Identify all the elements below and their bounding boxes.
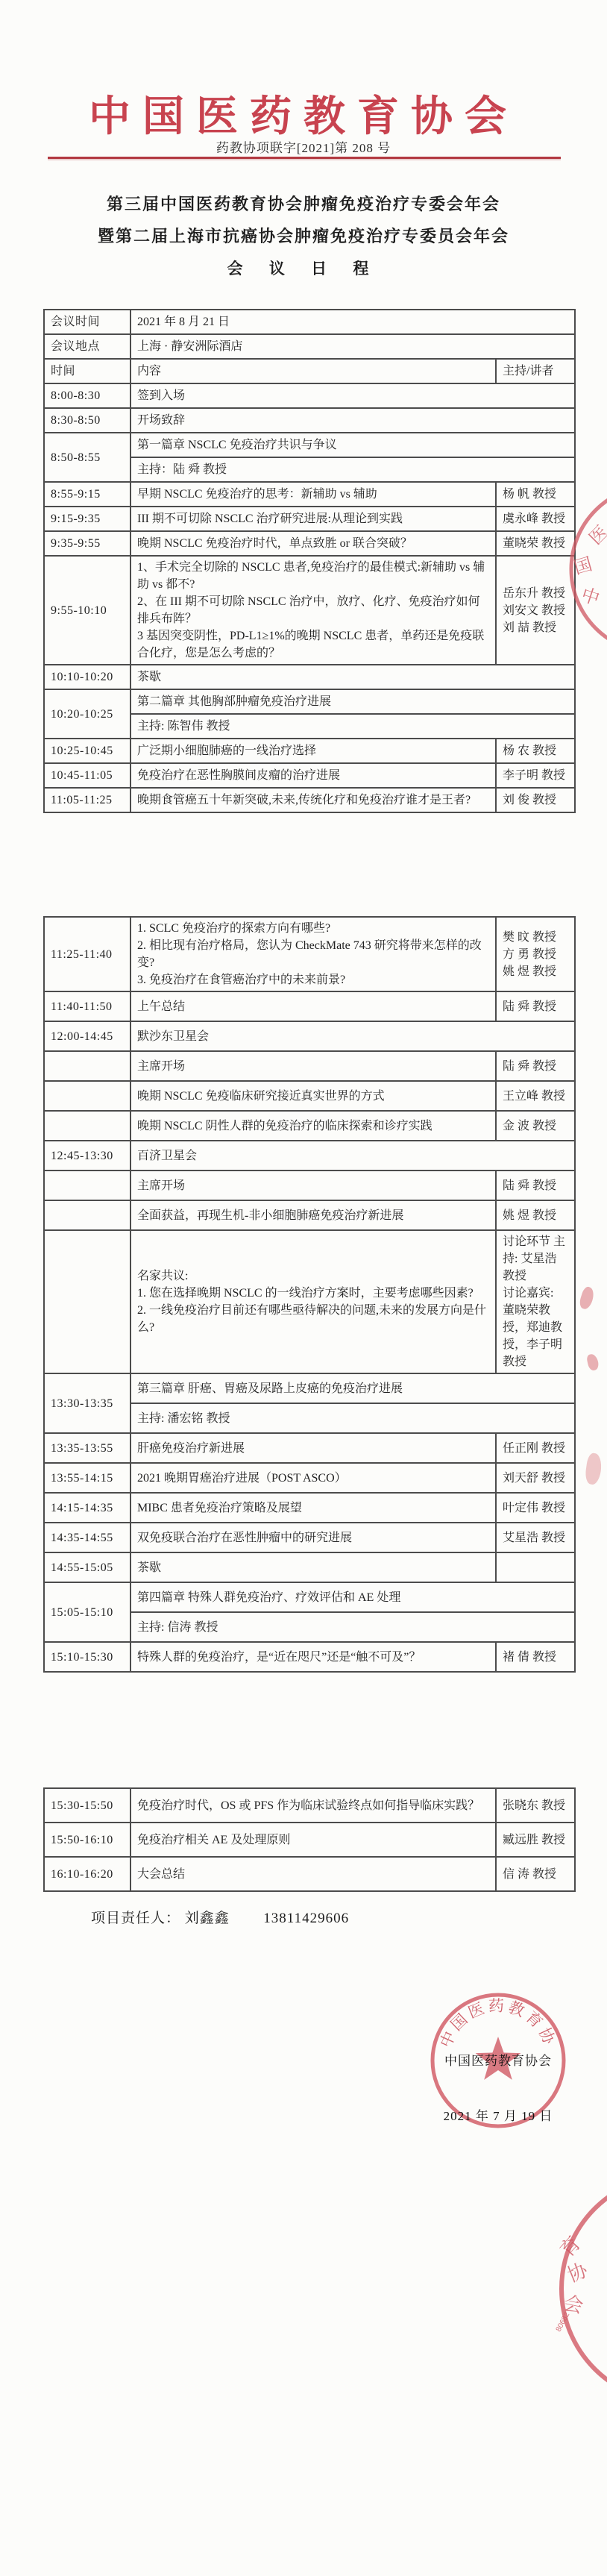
content-cell: 1、手术完全切除的 NSCLC 患者,免疫治疗的最佳模式:新辅助 vs 辅助 v… <box>130 556 496 665</box>
agenda-row: 会议时间2021 年 8 月 21 日 <box>44 310 575 334</box>
speaker-cell: 金 波 教授 <box>496 1111 575 1141</box>
agenda-row: 14:15-14:35MIBC 患者免疫治疗策略及展望叶定伟 教授 <box>44 1493 575 1523</box>
content-cell: 百济卫星会 <box>130 1141 575 1171</box>
speaker-cell: 信 涛 教授 <box>496 1857 575 1891</box>
red-divider-line <box>48 157 561 159</box>
chapter-row: 10:20-10:25第二篇章 其他胸部肿瘤免疫治疗进展 <box>44 689 575 714</box>
chapter-row: 15:05-15:10第四篇章 特殊人群免疫治疗、疗效评估和 AE 处理 <box>44 1582 575 1612</box>
agenda-row: 全面获益，再现生机-非小细胞肺癌免疫治疗新进展姚 煜 教授 <box>44 1200 575 1230</box>
content-cell: 签到入场 <box>130 383 575 408</box>
agenda-heading: 会 议 日 程 <box>0 257 607 279</box>
content-cell: 广泛期小细胞肺癌的一线治疗选择 <box>130 739 496 763</box>
time-cell: 16:10-16:20 <box>44 1857 130 1891</box>
time-cell: 会议时间 <box>44 310 130 334</box>
speaker-cell: 陆 舜 教授 <box>496 991 575 1021</box>
time-cell <box>44 1081 130 1111</box>
agenda-row: 晚期 NSCLC 阴性人群的免疫治疗的临床探索和诊疗实践金 波 教授 <box>44 1111 575 1141</box>
time-cell <box>44 1111 130 1141</box>
agenda-row: 主席开场陆 舜 教授 <box>44 1051 575 1081</box>
speaker-cell: 讨论环节 主持: 艾星浩 教授 讨论嘉宾: 董晓荣教授，郑迪教授，李子明教授 <box>496 1230 575 1373</box>
agenda-row: 8:00-8:30签到入场 <box>44 383 575 408</box>
content-cell: 2021 晚期胃癌治疗进展（POST ASCO） <box>130 1463 496 1493</box>
agenda-row: 会议地点上海 · 静安洲际酒店 <box>44 334 575 359</box>
speaker-cell <box>496 1552 575 1582</box>
chair-cell: 主持: 潘宏铭 教授 <box>130 1403 575 1433</box>
agenda-row: 主席开场陆 舜 教授 <box>44 1171 575 1200</box>
svg-text:中: 中 <box>579 585 602 609</box>
chair-cell: 主持: 信涛 教授 <box>130 1612 575 1642</box>
content-cell: 晚期 NSCLC 免疫治疗时代，单点致胜 or 联合突破？ <box>130 531 496 556</box>
agenda-row: 8:30-8:50开场致辞 <box>44 408 575 433</box>
seal-overlay-org-text: 中国医药教育协会 <box>418 2050 579 2069</box>
content-cell: 特殊人群的免疫治疗，是“近在咫尺”还是“触不可及”？ <box>130 1642 496 1672</box>
speaker-cell: 岳东升 教授 刘安文 教授 刘 喆 教授 <box>496 556 575 665</box>
content-cell: 主席开场 <box>130 1051 496 1081</box>
svg-text:育: 育 <box>556 2232 585 2261</box>
partial-seal-bottom-icon: 育 协 会 80682 <box>544 2167 607 2413</box>
agenda-row: 12:45-13:30百济卫星会 <box>44 1141 575 1171</box>
agenda-row: 10:25-10:45广泛期小细胞肺癌的一线治疗选择杨 农 教授 <box>44 739 575 763</box>
time-cell: 会议地点 <box>44 334 130 359</box>
agenda-table-2: 11:25-11:401. SCLC 免疫治疗的探索方向有哪些? 2. 相比现有… <box>43 916 576 1673</box>
chapter-row: 13:30-13:35第三篇章 肝癌、胃癌及尿路上皮癌的免疫治疗进展 <box>44 1373 575 1403</box>
speaker-cell: 陆 舜 教授 <box>496 1171 575 1200</box>
time-cell: 8:50-8:55 <box>44 433 130 482</box>
time-cell: 14:55-15:05 <box>44 1552 130 1582</box>
agenda-row: 14:35-14:55双免疫联合治疗在恶性肿瘤中的研究进展艾星浩 教授 <box>44 1523 575 1552</box>
agenda-row: 13:55-14:152021 晚期胃癌治疗进展（POST ASCO）刘天舒 教… <box>44 1463 575 1493</box>
responsible-label: 项目责任人： <box>91 1911 180 1926</box>
agenda-row: 15:10-15:30特殊人群的免疫治疗，是“近在咫尺”还是“触不可及”？褚 倩… <box>44 1642 575 1672</box>
svg-text:会: 会 <box>562 2293 585 2318</box>
svg-text:医: 医 <box>585 521 607 548</box>
speaker-cell: 艾星浩 教授 <box>496 1523 575 1552</box>
speaker-cell: 杨 帆 教授 <box>496 482 575 507</box>
content-cell: 上午总结 <box>130 991 496 1021</box>
time-cell: 15:50-16:10 <box>44 1823 130 1857</box>
responsible-name: 刘鑫鑫 <box>185 1911 230 1926</box>
content-cell: 早期 NSCLC 免疫治疗的思考：新辅助 vs 辅助 <box>130 482 496 507</box>
speaker-cell: 褚 倩 教授 <box>496 1642 575 1672</box>
time-cell: 15:10-15:30 <box>44 1642 130 1672</box>
agenda-row: 11:25-11:401. SCLC 免疫治疗的探索方向有哪些? 2. 相比现有… <box>44 917 575 991</box>
agenda-row: 9:15-9:35III 期不可切除 NSCLC 治疗研究进展:从理论到实践虞永… <box>44 507 575 531</box>
conference-title-line2: 暨第二届上海市抗癌协会肿瘤免疫治疗专委员会年会 <box>0 224 607 247</box>
content-cell: 晚期 NSCLC 阴性人群的免疫治疗的临床探索和诊疗实践 <box>130 1111 496 1141</box>
content-cell: 全面获益，再现生机-非小细胞肺癌免疫治疗新进展 <box>130 1200 496 1230</box>
agenda-table-3: 15:30-15:50免疫治疗时代，OS 或 PFS 作为临床试验终点如何指导临… <box>43 1787 576 1892</box>
content-cell: 上海 · 静安洲际酒店 <box>130 334 575 359</box>
time-cell: 11:40-11:50 <box>44 991 130 1021</box>
content-cell: 双免疫联合治疗在恶性肿瘤中的研究进展 <box>130 1523 496 1552</box>
time-cell: 13:55-14:15 <box>44 1463 130 1493</box>
speaker-cell: 虞永峰 教授 <box>496 507 575 531</box>
time-header-cell: 时间 <box>44 359 130 383</box>
agenda-row: 10:45-11:05免疫治疗在恶性胸膜间皮瘤的治疗进展李子明 教授 <box>44 763 575 788</box>
speaker-cell: 任正刚 教授 <box>496 1433 575 1463</box>
chair-cell: 主持: 陈智伟 教授 <box>130 714 575 739</box>
time-cell: 9:15-9:35 <box>44 507 130 531</box>
content-cell: 肝癌免疫治疗新进展 <box>130 1433 496 1463</box>
seal-fragment <box>578 1285 596 1310</box>
seal-date-text: 2021 年 7 月 19 日 <box>418 2105 579 2124</box>
content-cell: 名家共议: 1. 您在选择晚期 NSCLC 的一线治疗方案时，主要考虑哪些因素?… <box>130 1230 496 1373</box>
time-cell <box>44 1051 130 1081</box>
content-cell: 茶歇 <box>130 665 575 689</box>
agenda-row: 11:40-11:50上午总结陆 舜 教授 <box>44 991 575 1021</box>
time-cell: 15:30-15:50 <box>44 1788 130 1823</box>
responsible-phone: 13811429606 <box>263 1911 349 1926</box>
seal-fragment <box>584 1452 603 1485</box>
chapter-title-cell: 第三篇章 肝癌、胃癌及尿路上皮癌的免疫治疗进展 <box>130 1373 575 1403</box>
content-cell: 晚期食管癌五十年新突破,未来,传统化疗和免疫治疗谁才是王者? <box>130 788 496 812</box>
agenda-row: 名家共议: 1. 您在选择晚期 NSCLC 的一线治疗方案时，主要考虑哪些因素?… <box>44 1230 575 1373</box>
speaker-cell: 陆 舜 教授 <box>496 1051 575 1081</box>
time-cell <box>44 1230 130 1373</box>
column-header-row: 时间内容主持/讲者 <box>44 359 575 383</box>
speaker-cell: 李子明 教授 <box>496 763 575 788</box>
time-cell: 14:35-14:55 <box>44 1523 130 1552</box>
svg-text:协: 协 <box>564 2259 591 2287</box>
content-header-cell: 内容 <box>130 359 496 383</box>
time-cell: 8:30-8:50 <box>44 408 130 433</box>
time-cell: 8:55-9:15 <box>44 482 130 507</box>
content-cell: III 期不可切除 NSCLC 治疗研究进展:从理论到实践 <box>130 507 496 531</box>
agenda-row: 15:50-16:10免疫治疗相关 AE 及处理原则臧远胜 教授 <box>44 1823 575 1857</box>
content-cell: 免疫治疗时代，OS 或 PFS 作为临床试验终点如何指导临床实践？ <box>130 1788 496 1823</box>
agenda-row: 晚期 NSCLC 免疫临床研究接近真实世界的方式王立峰 教授 <box>44 1081 575 1111</box>
agenda-table-1: 会议时间2021 年 8 月 21 日会议地点上海 · 静安洲际酒店时间内容主持… <box>43 309 576 813</box>
scanned-document-page: 中国医药教育协会 药教协项联字[2021]第 208 号 第三届中国医药教育协会… <box>0 0 607 2576</box>
agenda-row: 13:35-13:55肝癌免疫治疗新进展任正刚 教授 <box>44 1433 575 1463</box>
agenda-row: 11:05-11:25晚期食管癌五十年新突破,未来,传统化疗和免疫治疗谁才是王者… <box>44 788 575 812</box>
speaker-cell: 臧远胜 教授 <box>496 1823 575 1857</box>
time-cell: 12:00-14:45 <box>44 1021 130 1051</box>
speaker-cell: 樊 旼 教授 方 勇 教授 姚 煜 教授 <box>496 917 575 991</box>
content-cell: 免疫治疗相关 AE 及处理原则 <box>130 1823 496 1857</box>
agenda-row: 8:55-9:15早期 NSCLC 免疫治疗的思考：新辅助 vs 辅助杨 帆 教… <box>44 482 575 507</box>
time-cell: 13:35-13:55 <box>44 1433 130 1463</box>
speaker-cell: 叶定伟 教授 <box>496 1493 575 1523</box>
content-cell: 大会总结 <box>130 1857 496 1891</box>
chair-cell: 主持：陆 舜 教授 <box>130 457 575 482</box>
svg-text:中国医药教育协会: 中国医药教育协会 <box>422 1984 559 2050</box>
time-cell: 13:30-13:35 <box>44 1373 130 1433</box>
time-cell: 10:25-10:45 <box>44 739 130 763</box>
conference-title-line1: 第三届中国医药教育协会肿瘤免疫治疗专委会年会 <box>0 192 607 215</box>
content-cell: 1. SCLC 免疫治疗的探索方向有哪些? 2. 相比现有治疗格局，您认为 Ch… <box>130 917 496 991</box>
speaker-cell: 张晓东 教授 <box>496 1788 575 1823</box>
time-cell: 11:25-11:40 <box>44 917 130 991</box>
svg-text:80682: 80682 <box>555 2310 572 2333</box>
content-cell: 默沙东卫星会 <box>130 1021 575 1051</box>
time-cell: 9:55-10:10 <box>44 556 130 665</box>
content-cell: 晚期 NSCLC 免疫临床研究接近真实世界的方式 <box>130 1081 496 1111</box>
agenda-row: 9:55-10:101、手术完全切除的 NSCLC 患者,免疫治疗的最佳模式:新… <box>44 556 575 665</box>
time-cell: 11:05-11:25 <box>44 788 130 812</box>
time-cell <box>44 1171 130 1200</box>
speaker-cell: 王立峰 教授 <box>496 1081 575 1111</box>
time-cell: 10:45-11:05 <box>44 763 130 788</box>
org-title: 中国医药教育协会 <box>0 84 607 143</box>
content-cell: 免疫治疗在恶性胸膜间皮瘤的治疗进展 <box>130 763 496 788</box>
time-cell: 12:45-13:30 <box>44 1141 130 1171</box>
time-cell: 10:10-10:20 <box>44 665 130 689</box>
chapter-title-cell: 第一篇章 NSCLC 免疫治疗共识与争议 <box>130 433 575 457</box>
content-cell: 开场致辞 <box>130 408 575 433</box>
agenda-row: 14:55-15:05茶歇 <box>44 1552 575 1582</box>
speaker-cell: 董晓荣 教授 <box>496 531 575 556</box>
speaker-cell: 刘天舒 教授 <box>496 1463 575 1493</box>
agenda-row: 12:00-14:45默沙东卫星会 <box>44 1021 575 1051</box>
content-cell: 茶歇 <box>130 1552 496 1582</box>
seal-fragment <box>586 1353 600 1371</box>
doc-number: 药教协项联字[2021]第 208 号 <box>0 137 607 156</box>
chapter-row: 8:50-8:55第一篇章 NSCLC 免疫治疗共识与争议 <box>44 433 575 457</box>
speaker-cell: 刘 俊 教授 <box>496 788 575 812</box>
agenda-row: 15:30-15:50免疫治疗时代，OS 或 PFS 作为临床试验终点如何指导临… <box>44 1788 575 1823</box>
time-cell: 9:35-9:55 <box>44 531 130 556</box>
agenda-row: 10:10-10:20茶歇 <box>44 665 575 689</box>
speaker-header-cell: 主持/讲者 <box>496 359 575 383</box>
agenda-row: 16:10-16:20大会总结信 涛 教授 <box>44 1857 575 1891</box>
speaker-cell: 杨 农 教授 <box>496 739 575 763</box>
responsible-person-line: 项目责任人： 刘鑫鑫 13811429606 <box>91 1907 349 1927</box>
time-cell: 10:20-10:25 <box>44 689 130 739</box>
chapter-title-cell: 第二篇章 其他胸部肿瘤免疫治疗进展 <box>130 689 575 714</box>
content-cell: 主席开场 <box>130 1171 496 1200</box>
time-cell: 15:05-15:10 <box>44 1582 130 1642</box>
time-cell: 8:00-8:30 <box>44 383 130 408</box>
speaker-cell: 姚 煜 教授 <box>496 1200 575 1230</box>
time-cell <box>44 1200 130 1230</box>
chapter-title-cell: 第四篇章 特殊人群免疫治疗、疗效评估和 AE 处理 <box>130 1582 575 1612</box>
content-cell: MIBC 患者免疫治疗策略及展望 <box>130 1493 496 1523</box>
agenda-row: 9:35-9:55晚期 NSCLC 免疫治疗时代，单点致胜 or 联合突破？董晓… <box>44 531 575 556</box>
content-cell: 2021 年 8 月 21 日 <box>130 310 575 334</box>
time-cell: 14:15-14:35 <box>44 1493 130 1523</box>
